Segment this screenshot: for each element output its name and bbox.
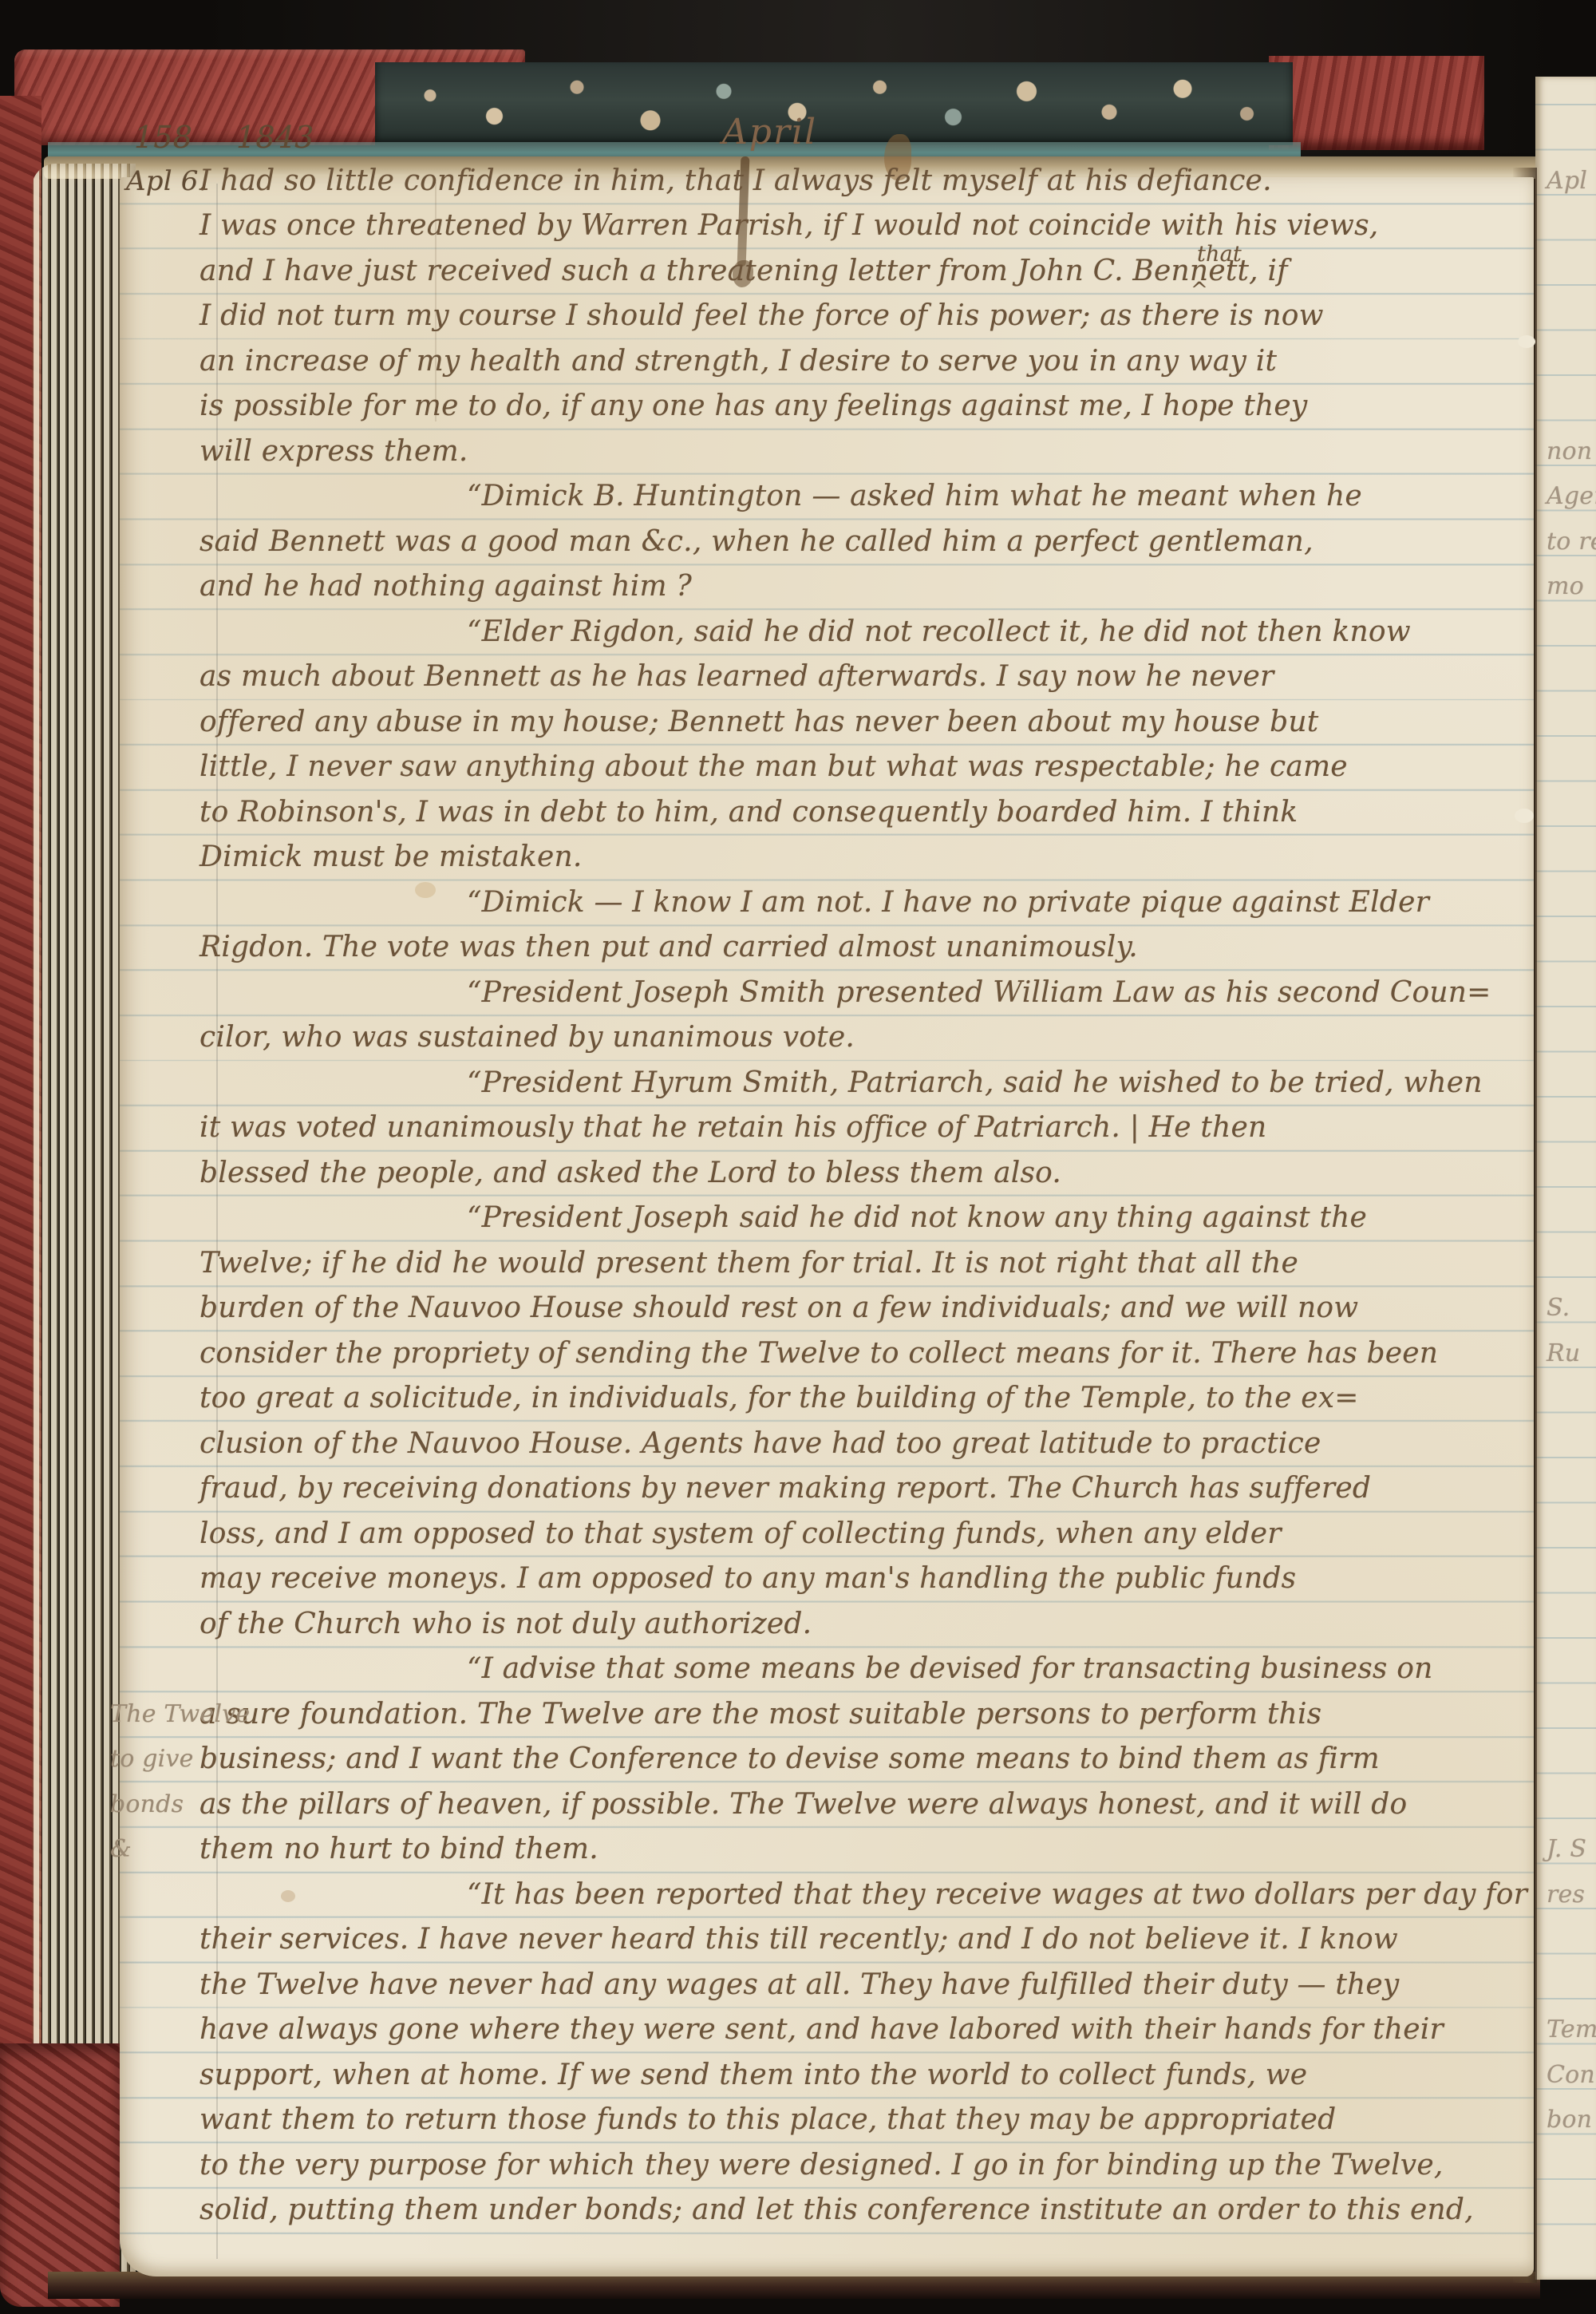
margin-note: to give xyxy=(110,1738,194,1780)
year-label: 1843 xyxy=(236,117,314,158)
manuscript-line: of the Church who is not duly authorized… xyxy=(199,1604,812,1645)
manuscript-line: I did not turn my course I should feel t… xyxy=(199,295,1324,337)
manuscript-line: support, when at home. If we send them i… xyxy=(199,2055,1307,2096)
manuscript-line: “Dimick — I know I am not. I have no pri… xyxy=(467,882,1429,924)
manuscript-line: “I advise that some means be devised for… xyxy=(467,1648,1432,1690)
manuscript-line: business; and I want the Conference to d… xyxy=(199,1738,1380,1780)
margin-note: bonds xyxy=(110,1784,184,1825)
caret-mark: ^ xyxy=(1191,270,1208,311)
manuscript-line: Dimick must be mistaken. xyxy=(199,837,583,878)
manuscript-line: little, I never saw anything about the m… xyxy=(199,746,1348,788)
facing-page-fragment: mo xyxy=(1547,566,1584,607)
facing-page-fragment: J. S xyxy=(1547,1829,1586,1870)
manuscript-line: to Robinson's, I was in debt to him, and… xyxy=(199,792,1298,833)
facing-page-fragment: Con xyxy=(1547,2055,1595,2096)
stain xyxy=(281,1890,295,1902)
manuscript-line: Twelve; if he did he would present them … xyxy=(199,1243,1298,1284)
margin-note: The Twelve xyxy=(110,1694,250,1735)
manuscript-line: “It has been reported that they receive … xyxy=(467,1874,1527,1916)
paper-nick xyxy=(1518,335,1535,348)
date-label: Apl 6. xyxy=(126,160,207,202)
red-leather-cover-bottom-left xyxy=(0,2043,120,2307)
manuscript-line: a sure foundation. The Twelve are the mo… xyxy=(199,1694,1321,1735)
manuscript-line: said Bennett was a good man &c., when he… xyxy=(199,521,1314,563)
month-header: April xyxy=(722,112,817,153)
manuscript-line: “Dimick B. Huntington — asked him what h… xyxy=(467,476,1362,517)
page-number: 158 xyxy=(134,117,192,158)
manuscript-line: to the very purpose for which they were … xyxy=(199,2145,1444,2186)
manuscript-line: will express them. xyxy=(199,431,468,473)
manuscript-line: consider the propriety of sending the Tw… xyxy=(199,1333,1438,1375)
manuscript-line: loss, and I am opposed to that system of… xyxy=(199,1513,1282,1555)
manuscript-line: solid, putting them under bonds; and let… xyxy=(199,2189,1474,2231)
manuscript-line: blessed the people, and asked the Lord t… xyxy=(199,1153,1061,1194)
facing-page-fragment: bon xyxy=(1547,2099,1592,2141)
facing-page-fragment: non xyxy=(1547,431,1592,473)
facing-page-sliver xyxy=(1535,77,1596,2280)
manuscript-line: may receive moneys. I am opposed to any … xyxy=(199,1558,1296,1600)
manuscript-line: “President Hyrum Smith, Patriarch, said … xyxy=(467,1062,1483,1104)
manuscript-line: the Twelve have never had any wages at a… xyxy=(199,1964,1399,2006)
facing-page-fragment: S. xyxy=(1547,1288,1570,1329)
manuscript-line: Rigdon. The vote was then put and carrie… xyxy=(199,927,1138,968)
manuscript-line: “Elder Rigdon, said he did not recollect… xyxy=(467,611,1411,653)
manuscript-line: offered any abuse in my house; Bennett h… xyxy=(199,702,1318,743)
paper-nick xyxy=(1515,809,1534,823)
manuscript-line: fraud, by receiving donations by never m… xyxy=(199,1468,1371,1509)
manuscript-line: it was voted unanimously that he retain … xyxy=(199,1107,1266,1149)
manuscript-line: as much about Bennett as he has learned … xyxy=(199,656,1274,698)
facing-page-fragment: to re xyxy=(1547,521,1596,563)
facing-page-fragment: Ru xyxy=(1547,1333,1580,1375)
manuscript-line: burden of the Nauvoo House should rest o… xyxy=(199,1288,1358,1329)
facing-page-fragment: Apl xyxy=(1547,160,1587,202)
manuscript-line: them no hurt to bind them. xyxy=(199,1829,598,1870)
manuscript-line: “President Joseph Smith presented Willia… xyxy=(467,972,1491,1014)
manuscript-line: I had so little confidence in him, that … xyxy=(199,160,1272,202)
manuscript-line: have always gone where they were sent, a… xyxy=(199,2009,1444,2051)
manuscript-line: as the pillars of heaven, if possible. T… xyxy=(199,1784,1407,1825)
manuscript-line: cilor, who was sustained by unanimous vo… xyxy=(199,1017,855,1058)
manuscript-line: want them to return those funds to this … xyxy=(199,2099,1336,2141)
red-leather-cover-top-right xyxy=(1269,56,1484,150)
manuscript-line: an increase of my health and strength, I… xyxy=(199,341,1277,382)
manuscript-line: too great a solicitude, in individuals, … xyxy=(199,1378,1359,1419)
manuscript-line: is possible for me to do, if any one has… xyxy=(199,386,1307,427)
manuscript-line: and he had nothing against him ? xyxy=(199,566,692,607)
facing-page-fragment: Tem xyxy=(1547,2009,1596,2051)
facing-page-fragment: res xyxy=(1547,1874,1585,1916)
manuscript-line: “President Joseph said he did not know a… xyxy=(467,1197,1367,1239)
marbled-board-edge xyxy=(375,62,1293,145)
stain xyxy=(415,882,436,898)
margin-note: & xyxy=(110,1829,132,1870)
facing-page-fragment: Agen xyxy=(1547,476,1596,517)
manuscript-line: their services. I have never heard this … xyxy=(199,1919,1398,1960)
scanned-book-photo: AplnonAgento remoS.RuJ. SresTemConbon 15… xyxy=(0,0,1596,2314)
manuscript-line: and I have just received such a threaten… xyxy=(199,251,1288,292)
manuscript-line: clusion of the Nauvoo House. Agents have… xyxy=(199,1423,1321,1465)
